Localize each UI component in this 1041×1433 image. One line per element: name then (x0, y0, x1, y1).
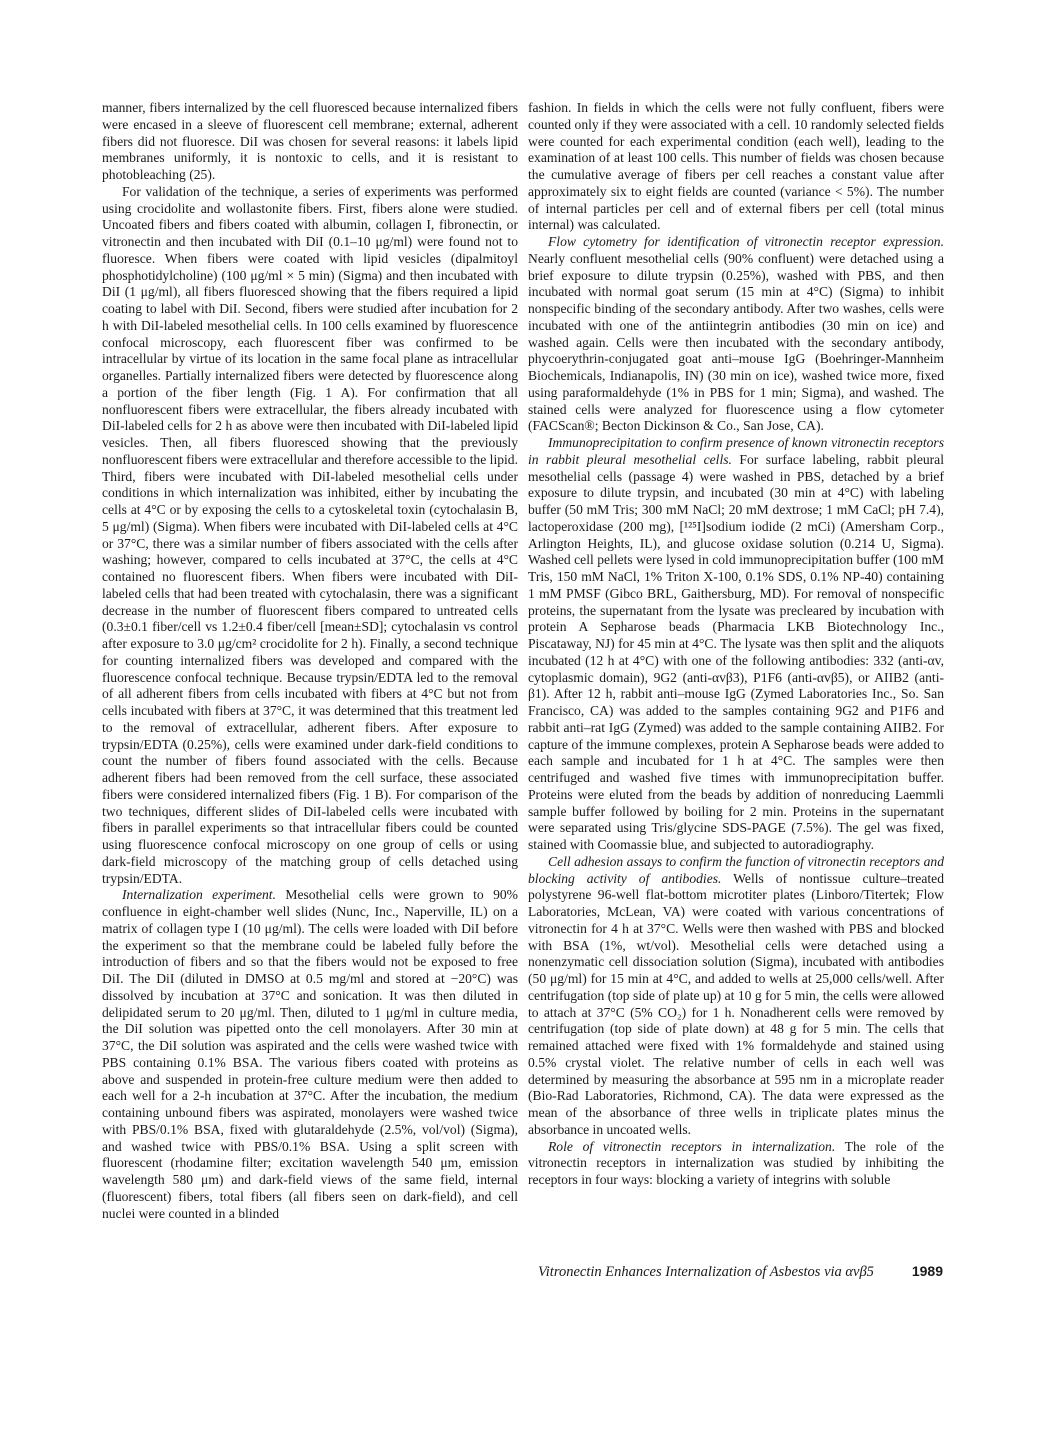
journal-page: manner, fibers internalized by the cell … (0, 0, 1041, 1433)
paragraph-role-of-receptors: Role of vitronectin receptors in interna… (528, 1139, 944, 1189)
page-footer: Vitronectin Enhances Internalization of … (538, 1263, 943, 1281)
running-title: Vitronectin Enhances Internalization of … (538, 1264, 874, 1281)
page-number: 1989 (912, 1263, 943, 1279)
paragraph-text: Mesothelial cells were grown to 90% conf… (102, 887, 518, 1220)
runin-heading: Internalization experiment. (122, 887, 276, 902)
paragraph-validation: For validation of the technique, a serie… (102, 184, 518, 888)
paragraph-internalization-experiment: Internalization experiment. Mesothelial … (102, 887, 518, 1222)
paragraph-text: For surface labeling, rabbit pleural mes… (528, 452, 944, 852)
paragraph-text: manner, fibers internalized by the cell … (102, 100, 518, 182)
right-column: fashion. In fields in which the cells we… (528, 100, 944, 1189)
paragraph-text: fashion. In fields in which the cells we… (528, 100, 944, 232)
paragraph-cell-adhesion: Cell adhesion assays to confirm the func… (528, 854, 944, 1139)
left-column: manner, fibers internalized by the cell … (102, 100, 518, 1222)
paragraph-text: For validation of the technique, a serie… (102, 184, 518, 886)
paragraph-text: Nearly confluent mesothelial cells (90% … (528, 251, 944, 434)
runin-heading: Role of vitronectin receptors in interna… (548, 1139, 835, 1154)
runin-heading: Flow cytometry for identification of vit… (548, 234, 944, 249)
paragraph-continuation: fashion. In fields in which the cells we… (528, 100, 944, 234)
paragraph-immunoprecipitation: Immunoprecipitation to confirm presence … (528, 435, 944, 854)
paragraph-text: Wells of nontissue culture–treated polys… (528, 871, 944, 1137)
paragraph-continuation: manner, fibers internalized by the cell … (102, 100, 518, 184)
paragraph-flow-cytometry: Flow cytometry for identification of vit… (528, 234, 944, 435)
